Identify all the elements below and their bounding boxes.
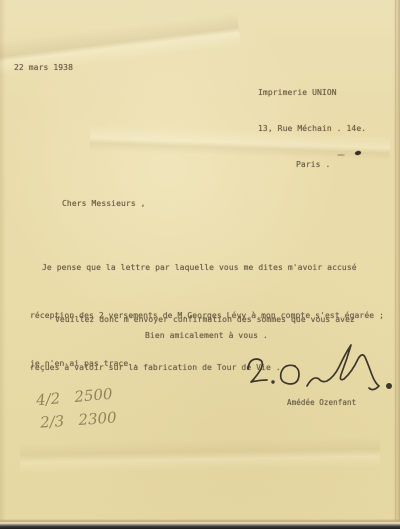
body-line: Je pense que la lettre par laquelle vous… (30, 260, 384, 276)
scanned-letter: 22 mars 1938 Imprimerie UNION 13, Rue Mé… (0, 0, 400, 529)
signature-final-dot (386, 383, 392, 389)
paper-edge-line (395, 0, 396, 529)
letter-date: 22 mars 1938 (14, 63, 73, 72)
handwritten-signature (238, 342, 398, 402)
signature-flourish (307, 345, 379, 390)
recipient-street: 13, Rue Méchain . 14e. (258, 123, 366, 135)
recipient-city: Paris . (258, 159, 366, 171)
signature-period (271, 380, 274, 383)
typed-signature-name: Amédée Ozenfant (287, 398, 356, 407)
pencil-annotation-2: 2/3 2300 (39, 408, 117, 431)
salutation: Chers Messieurs , (62, 199, 146, 208)
signature-stroke-O (281, 365, 299, 384)
paper-crease (20, 437, 380, 473)
scan-bottom-edge (0, 519, 400, 529)
ink-smudge (337, 154, 345, 156)
recipient-address: Imprimerie UNION 13, Rue Méchain . 14e. … (258, 63, 366, 195)
body-line: Veuillez donc m'envoyer confirmation des… (30, 312, 355, 328)
closing-line: Bien amicalement à vous . (145, 331, 268, 340)
paper-edge-shading (0, 0, 6, 529)
recipient-name: Imprimerie UNION (258, 87, 366, 99)
signature-stroke-2 (248, 359, 267, 382)
